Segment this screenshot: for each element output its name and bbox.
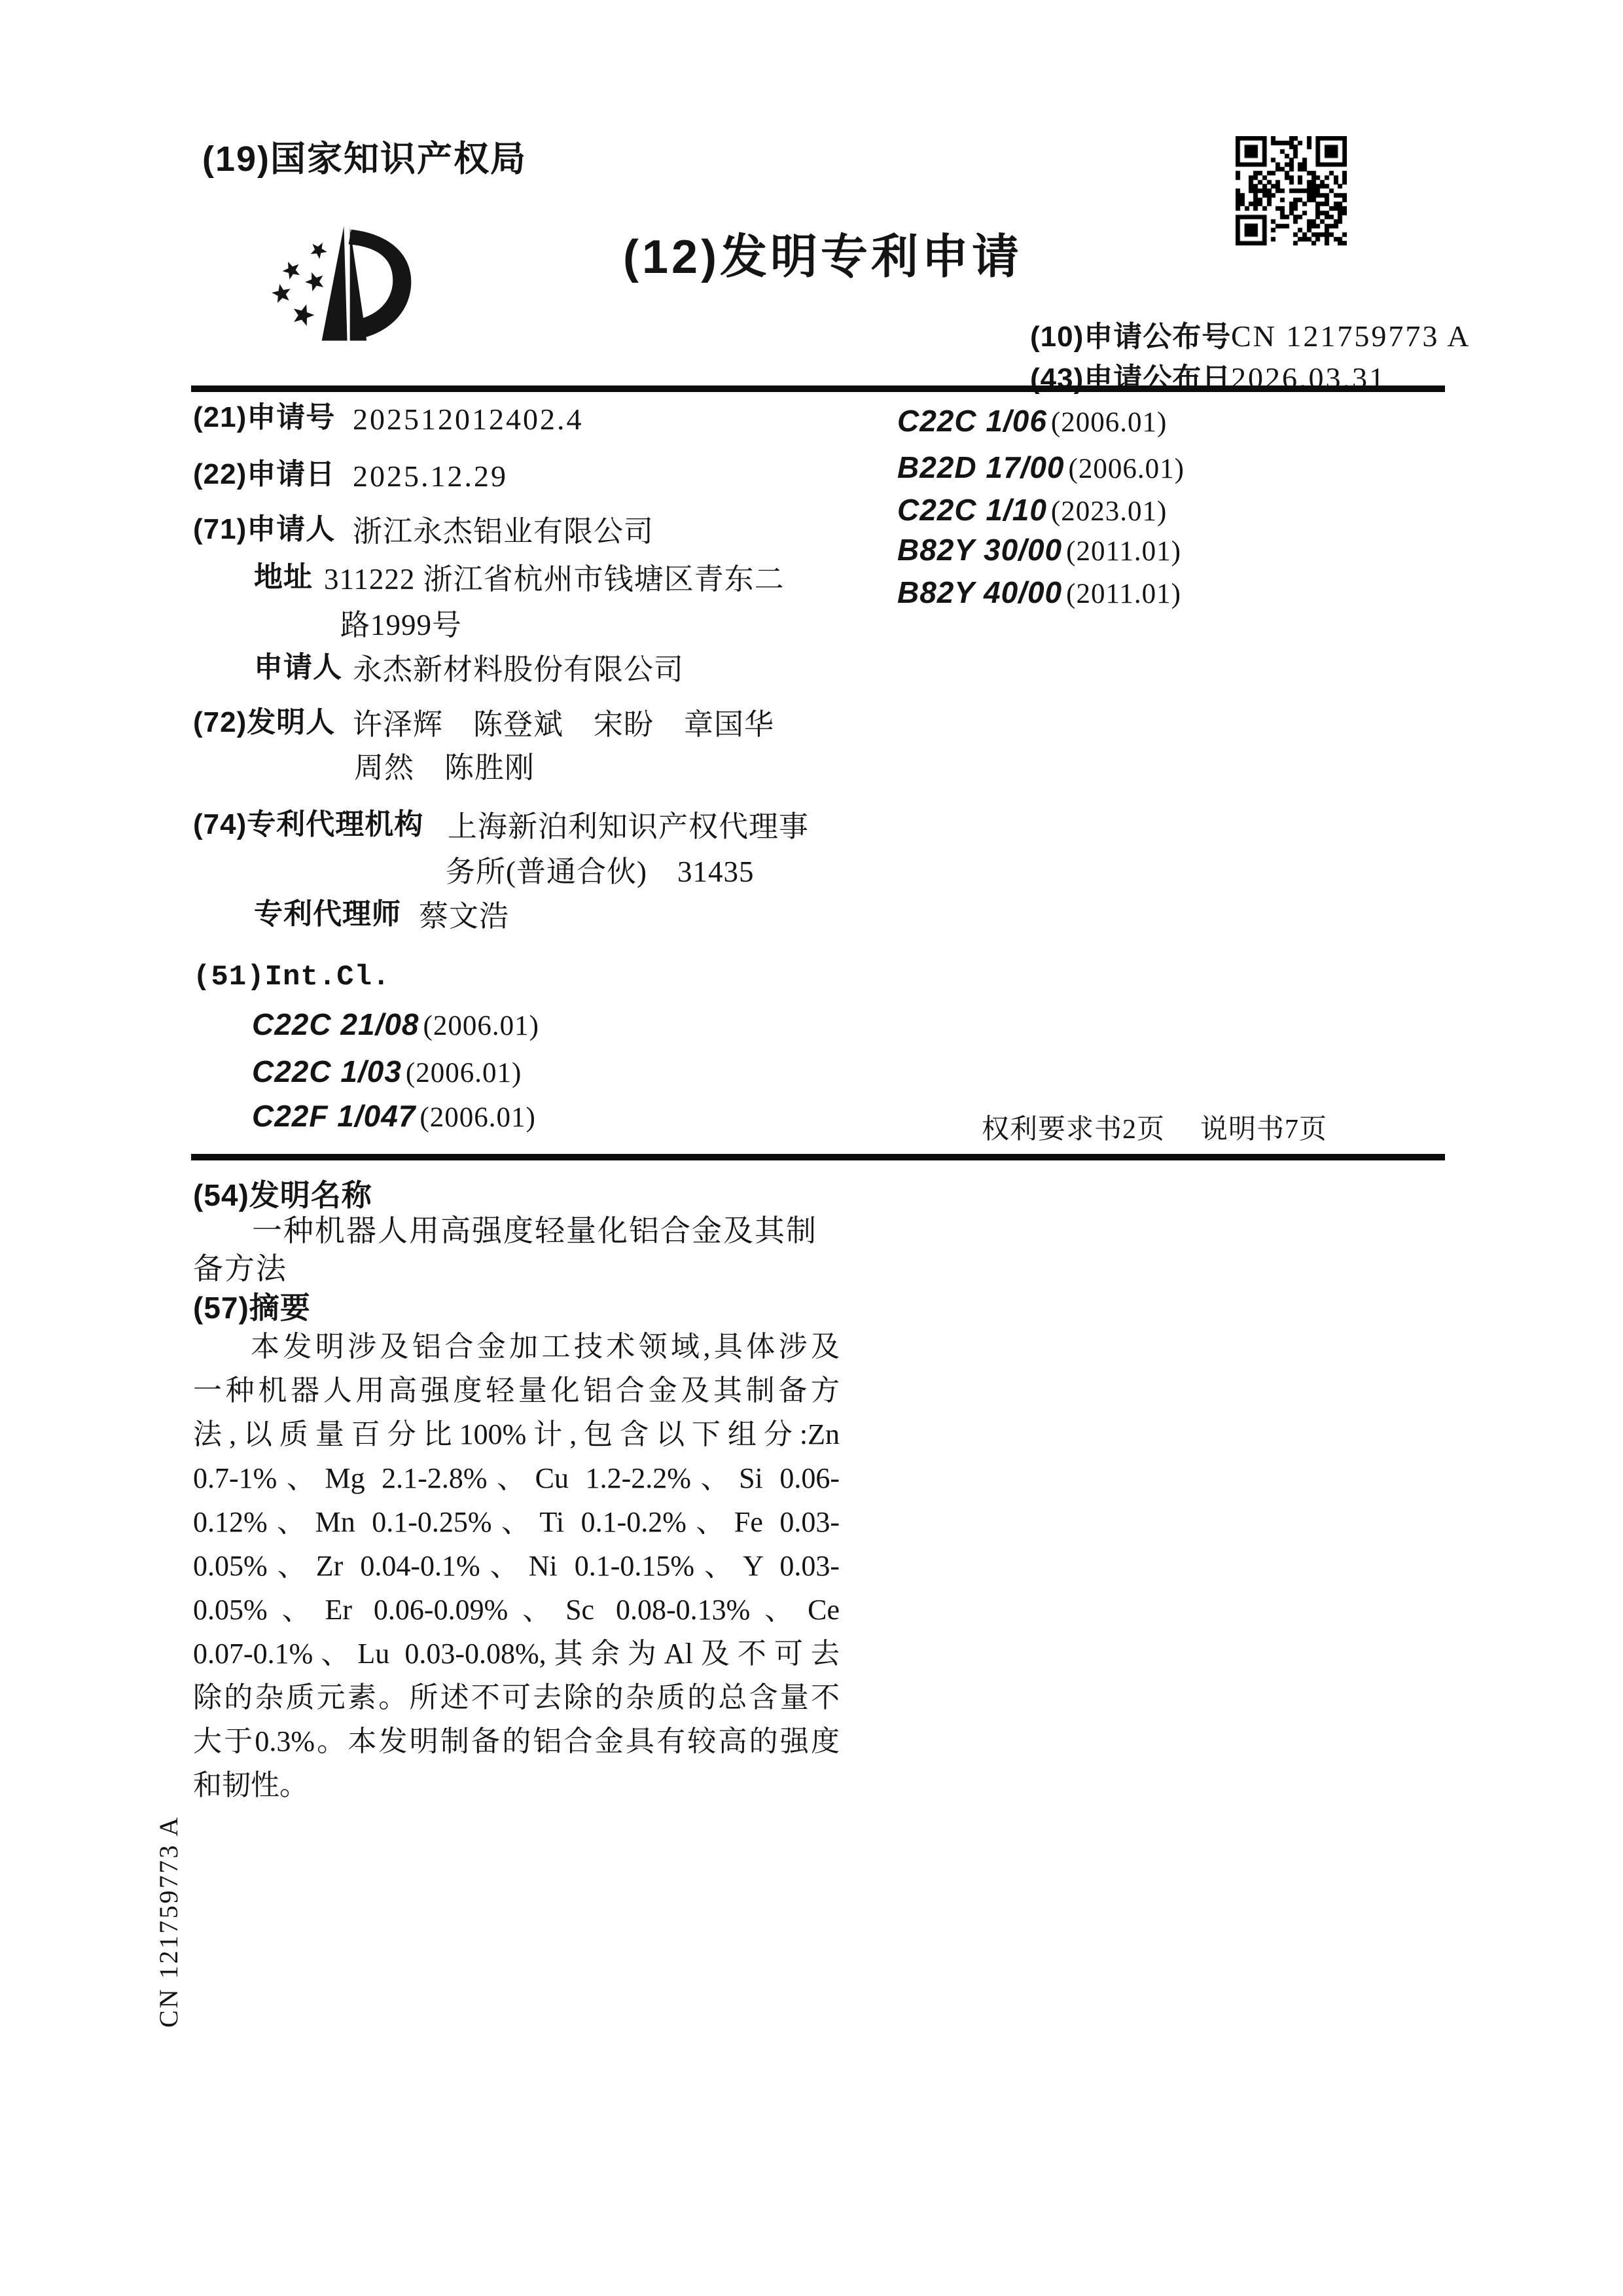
inventors-line2: 周然 陈胜刚	[354, 751, 535, 785]
ipc-code: C22C 1/06	[897, 404, 1047, 438]
agent-label: 专利代理师	[254, 898, 401, 931]
ipc-right-row: C22C 1/10 (2023.01)	[897, 493, 1167, 527]
logo-star	[272, 284, 291, 303]
abstract-line: 和韧性。	[193, 1763, 840, 1807]
pub-number-label: (10)申请公布号	[1030, 321, 1231, 354]
agency-line2: 务所(普通合伙) 31435	[446, 855, 754, 889]
abstract-line: 0.05%、Er 0.06-0.09%、Sc 0.08-0.13%、Ce	[193, 1588, 840, 1632]
office-name: (19)国家知识产权局	[202, 139, 527, 179]
ipc-right-row: B82Y 30/00 (2011.01)	[897, 533, 1181, 567]
abstract-text: 本发明涉及铝合金加工技术领域,具体涉及 一种机器人用高强度轻量化铝合金及其制备方…	[193, 1325, 840, 1807]
ipc-version: (2006.01)	[1069, 454, 1185, 484]
abstract-line: 本发明涉及铝合金加工技术领域,具体涉及	[193, 1325, 840, 1369]
invention-title-label: (54)发明名称	[193, 1178, 372, 1213]
applicant-1: 浙江永杰铝业有限公司	[353, 515, 654, 549]
abstract-line: 0.7-1%、Mg 2.1-2.8%、Cu 1.2-2.2%、Si 0.06-	[193, 1456, 840, 1500]
ipc-version: (2011.01)	[1066, 579, 1181, 609]
invention-title-line1: 一种机器人用高强度轻量化铝合金及其制	[252, 1214, 817, 1249]
abstract-line: 一种机器人用高强度轻量化铝合金及其制备方	[193, 1369, 840, 1412]
ipc-code: C22C 1/03	[252, 1055, 402, 1088]
agency-line1: 上海新泊利知识产权代理事	[448, 810, 809, 844]
patent-front-page: (19)国家知识产权局 (12)发明专利申请 (10)申请公布号 CN 1217…	[0, 0, 1623, 2296]
ipc-code: C22C 21/08	[252, 1008, 419, 1041]
side-publication-code: CN 121759773 A	[153, 1816, 184, 2028]
logo-left-spire	[322, 226, 348, 341]
application-no-label: (21)申请号	[193, 401, 335, 435]
cnipa-logo	[272, 221, 419, 346]
ipc-code: B82Y 30/00	[897, 533, 1062, 567]
abstract-line: 0.12%、Mn 0.1-0.25%、Ti 0.1-0.2%、Fe 0.03-	[193, 1500, 840, 1544]
header-rule	[191, 386, 1445, 392]
ipc-version: (2023.01)	[1051, 496, 1167, 527]
filing-date-label: (22)申请日	[193, 458, 335, 492]
inventors-label: (72)发明人	[193, 706, 335, 740]
intcl-label: (51)Int.Cl.	[193, 961, 390, 994]
abstract-line: 大于0.3%。本发明制备的铝合金具有较高的强度	[193, 1719, 840, 1763]
agent-name: 蔡文浩	[419, 900, 509, 934]
ipc-version: (2006.01)	[423, 1011, 539, 1041]
filing-date-value: 2025.12.29	[353, 459, 508, 494]
pages-note: 权利要求书2页 说明书7页	[982, 1114, 1327, 1145]
logo-star	[311, 243, 327, 259]
ipc-right-row: C22C 1/06 (2006.01)	[897, 404, 1167, 438]
ipc-code: C22F 1/047	[252, 1100, 416, 1133]
pages-note-claims: 权利要求书2页	[982, 1114, 1165, 1145]
ipc-version: (2006.01)	[419, 1102, 535, 1133]
ipc-code: B82Y 40/00	[897, 576, 1062, 609]
logo-star	[294, 304, 315, 326]
doc-type-title: (12)发明专利申请	[623, 230, 1022, 285]
pub-number-value: CN 121759773 A	[1231, 319, 1471, 354]
abstract-line: 法,以质量百分比100%计,包含以下组分:Zn	[193, 1412, 840, 1456]
abstract-line: 除的杂质元素。所述不可去除的杂质的总含量不	[193, 1676, 840, 1719]
ipc-code: C22C 1/10	[897, 493, 1047, 527]
ipc-left-row: C22C 21/08 (2006.01)	[252, 1008, 539, 1041]
address-line1: 311222 浙江省杭州市钱塘区青东二	[324, 563, 785, 597]
ipc-version: (2011.01)	[1066, 536, 1181, 567]
ipc-right-row: B82Y 40/00 (2011.01)	[897, 576, 1181, 609]
applicant2-label: 申请人	[254, 651, 342, 685]
biblio-rule	[191, 1154, 1445, 1160]
logo-star	[282, 262, 299, 279]
inventors-line1: 许泽辉 陈登斌 宋盼 章国华	[353, 708, 774, 742]
address-label: 地址	[254, 561, 313, 594]
qr-code	[1236, 136, 1347, 245]
ipc-version: (2006.01)	[406, 1058, 522, 1088]
invention-title-line2: 备方法	[193, 1252, 287, 1287]
pages-note-description: 说明书7页	[1200, 1114, 1327, 1145]
ipc-version: (2006.01)	[1051, 407, 1167, 438]
address-line2: 路1999号	[340, 609, 462, 643]
abstract-line: 0.07-0.1%、Lu 0.03-0.08%,其余为Al及不可去	[193, 1632, 840, 1676]
ipc-left-row: C22C 1/03 (2006.01)	[252, 1055, 522, 1088]
application-no-value: 202512012402.4	[353, 403, 584, 437]
applicant-2: 永杰新材料股份有限公司	[353, 653, 684, 687]
agency-label: (74)专利代理机构	[193, 808, 423, 842]
abstract-line: 0.05%、Zr 0.04-0.1%、Ni 0.1-0.15%、Y 0.03-	[193, 1544, 840, 1588]
ipc-left-row: C22F 1/047 (2006.01)	[252, 1100, 536, 1133]
abstract-label: (57)摘要	[193, 1291, 311, 1325]
ipc-right-row: B22D 17/00 (2006.01)	[897, 451, 1185, 484]
applicant-label: (71)申请人	[193, 513, 335, 547]
logo-star	[305, 272, 323, 291]
ipc-code: B22D 17/00	[897, 451, 1065, 484]
